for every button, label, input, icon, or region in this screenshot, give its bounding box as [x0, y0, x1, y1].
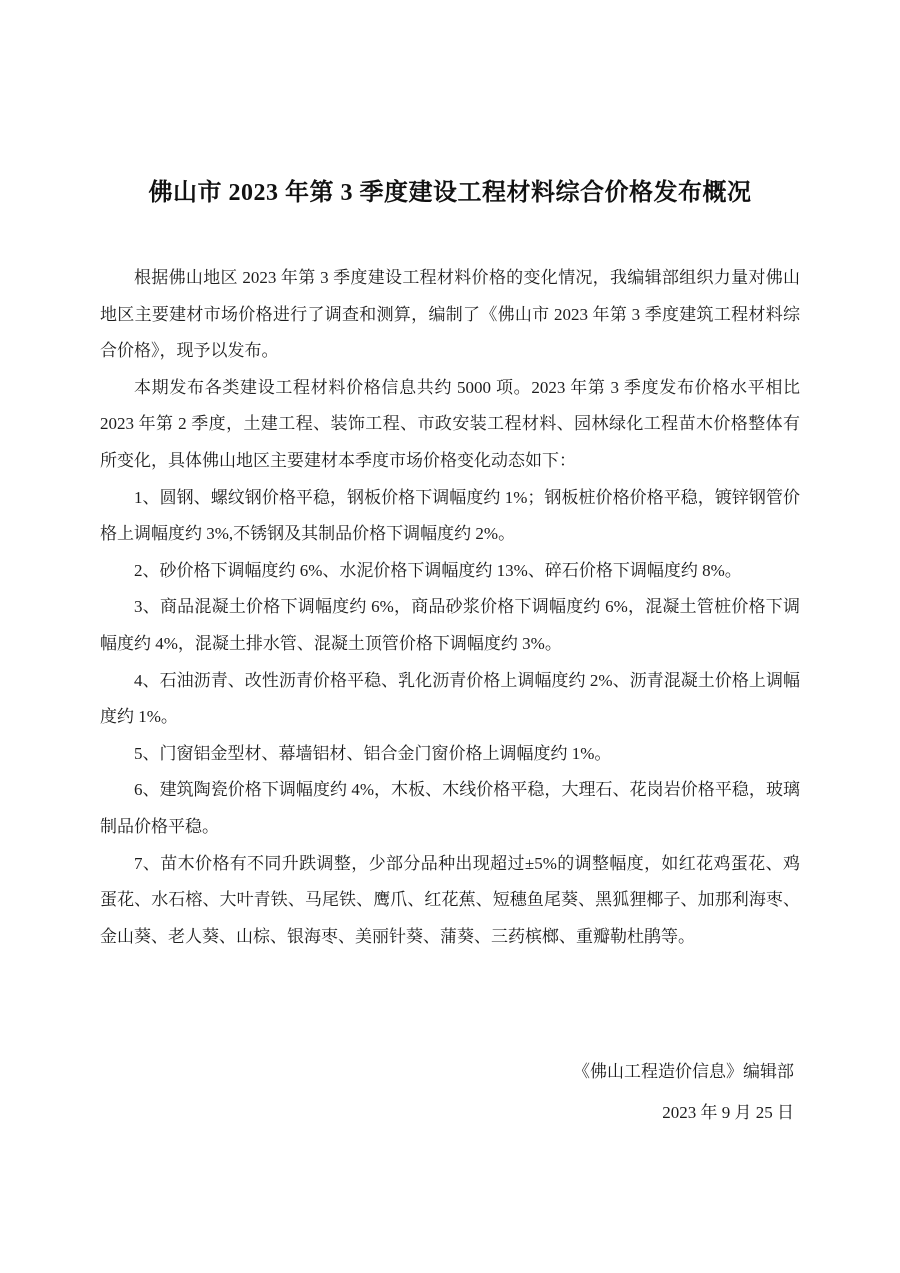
document-body: 根据佛山地区 2023 年第 3 季度建设工程材料价格的变化情况，我编辑部组织力…: [100, 260, 800, 955]
list-item-6-ceramics: 6、建筑陶瓷价格下调幅度约 4%，木板、木线价格平稳，大理石、花岗岩价格平稳，玻…: [100, 772, 800, 845]
list-item-1-steel: 1、圆钢、螺纹钢价格平稳，钢板价格下调幅度约 1%；钢板桩价格价格平稳，镀锌钢管…: [100, 480, 800, 553]
footer-editor-line: 《佛山工程造价信息》编辑部: [100, 1051, 794, 1092]
paragraph-overview: 本期发布各类建设工程材料价格信息共约 5000 项。2023 年第 3 季度发布…: [100, 370, 800, 480]
paragraph-intro: 根据佛山地区 2023 年第 3 季度建设工程材料价格的变化情况，我编辑部组织力…: [100, 260, 800, 370]
list-item-2-sand-cement: 2、砂价格下调幅度约 6%、水泥价格下调幅度约 13%、碎石价格下调幅度约 8%…: [100, 553, 800, 590]
list-item-3-concrete: 3、商品混凝土价格下调幅度约 6%，商品砂浆价格下调幅度约 6%，混凝土管桩价格…: [100, 589, 800, 662]
document-title: 佛山市 2023 年第 3 季度建设工程材料综合价格发布概况: [0, 176, 900, 210]
document-page: 佛山市 2023 年第 3 季度建设工程材料综合价格发布概况 根据佛山地区 20…: [0, 0, 900, 1273]
list-item-5-aluminium: 5、门窗铝金型材、幕墙铝材、铝合金门窗价格上调幅度约 1%。: [100, 736, 800, 773]
document-footer: 《佛山工程造价信息》编辑部 2023 年 9 月 25 日: [100, 1051, 800, 1133]
list-item-4-asphalt: 4、石油沥青、改性沥青价格平稳、乳化沥青价格上调幅度约 2%、沥青混凝土价格上调…: [100, 663, 800, 736]
footer-date-line: 2023 年 9 月 25 日: [100, 1092, 794, 1133]
list-item-7-seedlings: 7、苗木价格有不同升跌调整，少部分品种出现超过±5%的调整幅度，如红花鸡蛋花、鸡…: [100, 846, 800, 956]
